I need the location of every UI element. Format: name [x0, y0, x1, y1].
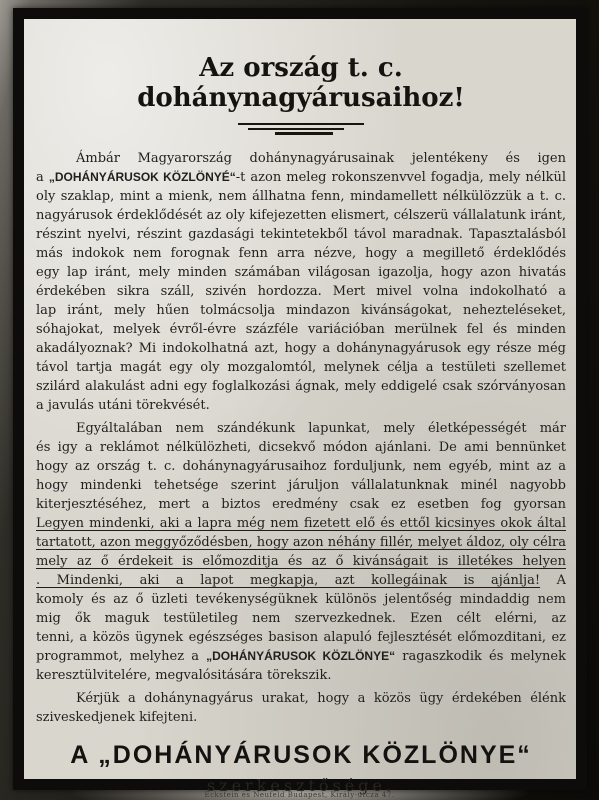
text-line: tenni, a közös ügynek egészséges basison… [36, 628, 566, 647]
text-line: más indokok nem forognak fenn arra nézve… [36, 244, 566, 263]
paragraph: Egyáltalában nem szándékunk lapunkat, me… [36, 419, 566, 685]
text-segment: Kérjük a dohánynagyárus urakat, hogy a k… [36, 691, 566, 708]
journal-name-bold: „DOHÁNYÁRUSOK KÖZLÖNYÉ“ [49, 170, 236, 184]
page-title: Az ország t. c. dohánynagyárusaihoz! [36, 53, 566, 113]
text-line: a „DOHÁNYÁRUSOK KÖZLÖNYÉ“-t azon meleg r… [36, 168, 566, 187]
text-line: részint nyelvi, részint gazdasági tekint… [36, 225, 566, 244]
text-line: oly szaklap, mint a mienk, nem állhatna … [36, 187, 566, 206]
text-line: érdekében sikra száll, szivén hordozza. … [36, 282, 566, 301]
paragraph: Kérjük a dohánynagyárus urakat, hogy a k… [36, 689, 566, 727]
text-line: Ámbár Magyarország dohánynagyárusainak j… [36, 149, 566, 168]
text-line: Kérjük a dohánynagyárus urakat, hogy a k… [36, 689, 566, 708]
body-paragraphs: Ámbár Magyarország dohánynagyárusainak j… [36, 149, 566, 727]
text-line: Legyen mindenki, aki a lapra még nem fiz… [36, 514, 566, 533]
text-segment: más indokok nem forognak fenn arra nézve… [36, 246, 566, 263]
text-line: keresztülvitelére, megvalósitására törek… [36, 666, 566, 685]
text-segment: oly szaklap, mint a mienk, nem állhatna … [36, 189, 566, 206]
text-line: távol tartja magát egy oly mozgalomtól, … [36, 358, 566, 377]
text-segment: a javulás utáni törekvését. [36, 398, 210, 413]
text-segment: sziveskedjenek kifejteni. [36, 710, 197, 725]
text-segment: programmot, melyhez a [36, 649, 206, 664]
text-line: programmot, melyhez a „DOHÁNYÁRUSOK KÖZL… [36, 647, 566, 666]
text-segment: keresztülvitelére, megvalósitására törek… [36, 668, 331, 683]
text-segment: mig ők maguk testületileg nem szervezked… [36, 611, 566, 628]
text-line: mig ők maguk testületileg nem szervezked… [36, 609, 566, 628]
text-line: hogy mindenki tehetsége szerint járuljon… [36, 476, 566, 495]
text-segment: távol tartja magát egy oly mozgalomtól, … [36, 360, 566, 377]
divider-rule-short [275, 132, 333, 135]
signature-journal-name: A „DOHÁNYÁRUSOK KÖZLÖNYE“ [36, 741, 566, 769]
printer-imprint: Eckstein és Neufeld Budapest, Király-utc… [0, 791, 599, 799]
text-line: komoly és az ő üzleti tevékenységüknek k… [36, 590, 566, 609]
text-line: mely az ő érdekeit is előmozditja és az … [36, 552, 566, 571]
text-segment: sóhajokat, melyek évről-évre százféle va… [36, 322, 566, 339]
text-segment: kiterjesztéséhez, mert a biztos eredmény… [36, 497, 566, 514]
signature-block: A „DOHÁNYÁRUSOK KÖZLÖNYE“ szerkesztősége… [36, 741, 566, 795]
text-segment: szilárd alakulást adni egy foglalkozási … [36, 379, 566, 396]
text-line: egy lap iránt, mely minden számában vilá… [36, 263, 566, 282]
text-segment: a [36, 170, 49, 185]
text-line: és igy a reklámot nélkülözheti, dicsekvő… [36, 438, 566, 457]
text-segment: komoly és az ő üzleti tevékenységüknek k… [36, 592, 566, 609]
divider-rule-medium [248, 128, 344, 130]
text-segment: egy lap iránt, mely minden számában vilá… [36, 265, 566, 282]
text-line: akadályoznak? Mi indokolhatná azt, hogy … [36, 339, 566, 358]
text-line: kiterjesztéséhez, mert a biztos eredmény… [36, 495, 566, 514]
paragraph: Ámbár Magyarország dohánynagyárusainak j… [36, 149, 566, 415]
text-line: lap iránt, mely hűen tolmácsolja mindazo… [36, 301, 566, 320]
divider-rule-long [238, 123, 364, 125]
text-segment: érdekében sikra száll, szivén hordozza. … [36, 284, 566, 301]
text-segment: hogy az ország t. c. dohánynagyárusaihoz… [36, 459, 566, 476]
text-line: nagyárusok érdeklődését az oly kifejezet… [36, 206, 566, 225]
text-segment: és igy a reklámot nélkülözheti, dicsekvő… [36, 440, 566, 457]
text-segment: részint nyelvi, részint gazdasági tekint… [36, 227, 566, 244]
text-line: tartatott, azon meggyőződésben, hogy azo… [36, 533, 566, 552]
document-page: Az ország t. c. dohánynagyárusaihoz! Ámb… [24, 19, 576, 779]
text-line: Egyáltalában nem szándékunk lapunkat, me… [36, 419, 566, 438]
journal-name-bold: „DOHÁNYÁRUSOK KÖZLÖNYE“ [206, 649, 395, 663]
text-segment: akadályoznak? Mi indokolhatná azt, hogy … [36, 341, 566, 358]
page-border-frame: Az ország t. c. dohánynagyárusaihoz! Ámb… [13, 8, 587, 790]
text-segment: hogy mindenki tehetsége szerint járuljon… [36, 478, 566, 495]
text-segment: Ámbár Magyarország dohánynagyárusainak j… [36, 151, 566, 168]
photograph-background: Az ország t. c. dohánynagyárusaihoz! Ámb… [0, 0, 599, 800]
title-divider-ornament [236, 123, 366, 135]
text-line: a javulás utáni törekvését. [36, 396, 566, 415]
underlined-text-segment: . Mindenki, aki a lapot megkapja, azt ko… [36, 573, 540, 588]
text-segment: lap iránt, mely hűen tolmácsolja mindazo… [36, 303, 566, 320]
underlined-text-segment: mely az ő érdekeit is előmozditja és az … [36, 554, 566, 571]
text-line: sóhajokat, melyek évről-évre százféle va… [36, 320, 566, 339]
text-line: sziveskedjenek kifejteni. [36, 708, 566, 727]
text-segment: nagyárusok érdeklődését az oly kifejezet… [36, 208, 566, 225]
underlined-text-segment: tartatott, azon meggyőződésben, hogy azo… [36, 535, 566, 552]
underlined-text-segment: Legyen mindenki, aki a lapra még nem fiz… [36, 516, 566, 533]
text-segment: Egyáltalában nem szándékunk lapunkat, me… [36, 421, 566, 438]
text-segment: tenni, a közös ügynek egészséges basison… [36, 630, 566, 647]
text-line: hogy az ország t. c. dohánynagyárusaihoz… [36, 457, 566, 476]
text-line: szilárd alakulást adni egy foglalkozási … [36, 377, 566, 396]
text-line: . Mindenki, aki a lapot megkapja, azt ko… [36, 571, 566, 590]
